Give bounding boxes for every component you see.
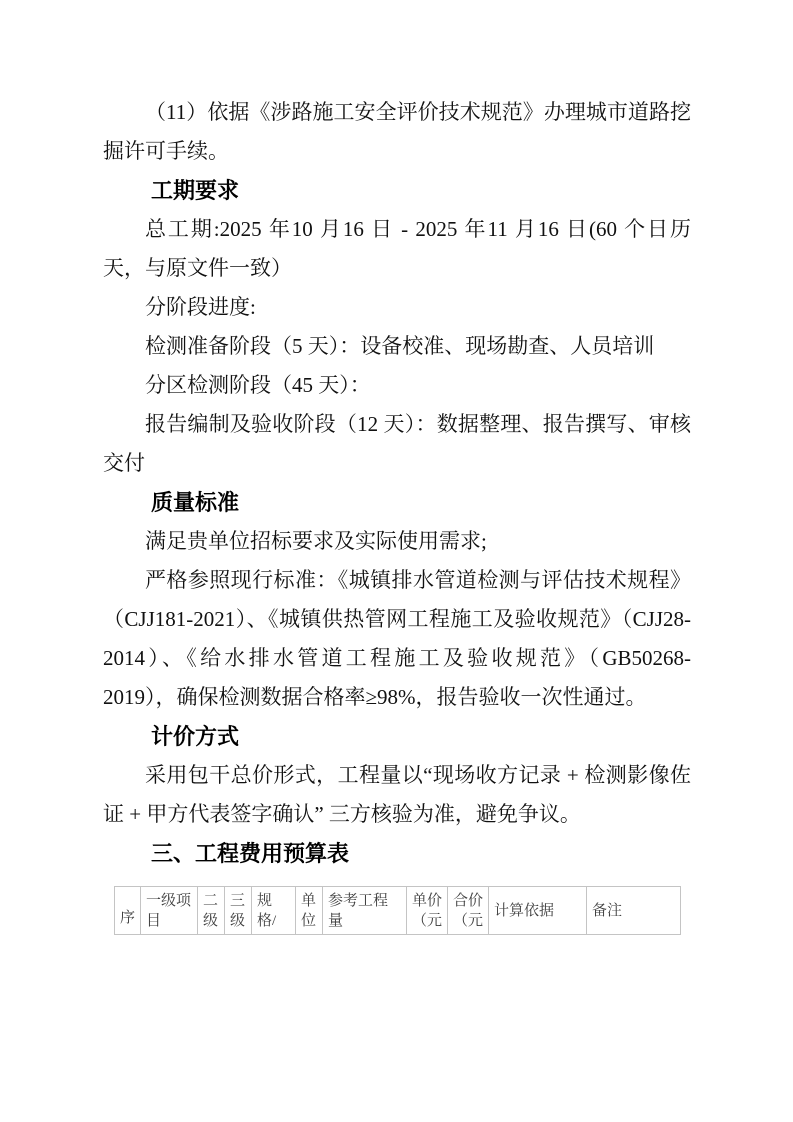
section-heading: 计价方式 [103, 717, 691, 756]
table-header-cell: 三级 [225, 887, 252, 935]
table-header-row: 序一级项目二级三级规格/单位参考工程量单价（元合价（元计算依据备注 [115, 887, 681, 935]
paragraph-list: （11）依据《涉路施工安全评价技术规范》办理城市道路挖掘许可手续。工期要求总工期… [103, 93, 691, 873]
section-heading: 质量标准 [103, 483, 691, 522]
budget-table: 序一级项目二级三级规格/单位参考工程量单价（元合价（元计算依据备注 [114, 886, 681, 935]
body-paragraph: 满足贵单位招标要求及实际使用需求; [103, 522, 691, 561]
body-paragraph: 分阶段进度: [103, 288, 691, 327]
section-heading: 三、工程费用预算表 [103, 834, 691, 873]
body-paragraph: 总工期:2025 年10 月16 日 - 2025 年11 月16 日(60 个… [103, 210, 691, 288]
section-heading: 工期要求 [103, 171, 691, 210]
body-paragraph: （11）依据《涉路施工安全评价技术规范》办理城市道路挖掘许可手续。 [103, 93, 691, 171]
body-paragraph: 检测准备阶段（5 天）：设备校准、现场勘查、人员培训 [103, 327, 691, 366]
document-content: （11）依据《涉路施工安全评价技术规范》办理城市道路挖掘许可手续。工期要求总工期… [103, 93, 691, 935]
table-header-cell: 二级 [198, 887, 225, 935]
table-header-cell: 单价（元 [407, 887, 448, 935]
table-header-cell: 合价（元 [448, 887, 489, 935]
table-header-cell: 备注 [587, 887, 681, 935]
table-header-cell: 序 [115, 887, 141, 935]
table-header-cell: 规格/ [252, 887, 296, 935]
body-paragraph: 分区检测阶段（45 天）： [103, 366, 691, 405]
body-paragraph: 报告编制及验收阶段（12 天）：数据整理、报告撰写、审核交付 [103, 405, 691, 483]
body-paragraph: 严格参照现行标准：《城镇排水管道检测与评估技术规程》（CJJ181-2021）、… [103, 561, 691, 717]
table-header-cell: 一级项目 [141, 887, 198, 935]
table-header-cell: 单位 [296, 887, 323, 935]
body-paragraph: 采用包干总价形式，工程量以“现场收方记录 + 检测影像佐证 + 甲方代表签字确认… [103, 756, 691, 834]
table-header-cell: 参考工程量 [323, 887, 407, 935]
table-header-cell: 计算依据 [489, 887, 587, 935]
document-page: （11）依据《涉路施工安全评价技术规范》办理城市道路挖掘许可手续。工期要求总工期… [0, 0, 793, 1122]
